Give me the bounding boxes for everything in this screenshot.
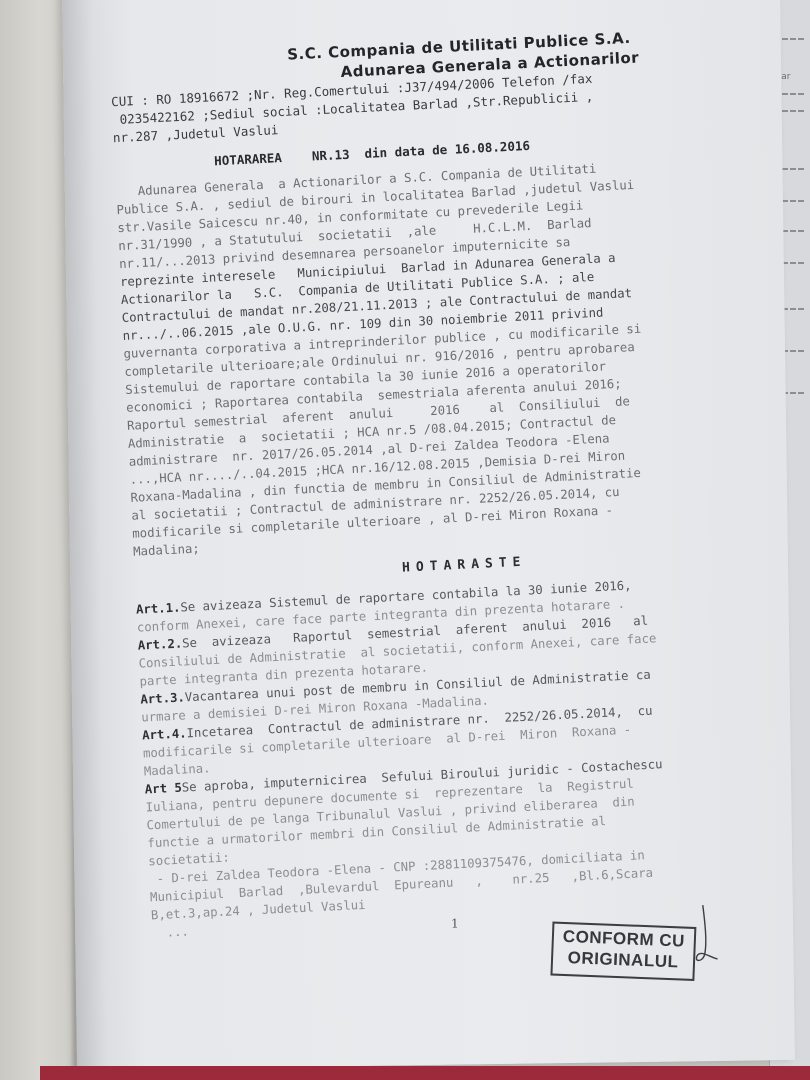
photo-scene: 1 Car S.C. Compania de Utilitati Publice… (0, 0, 810, 1080)
document-page: S.C. Compania de Utilitati Publice S.A. … (62, 0, 795, 1070)
article-label: Art.1. (136, 601, 181, 617)
table-surface (40, 1066, 810, 1080)
preamble: Adunarea Generala a Actionarilor a S.C. … (115, 152, 773, 561)
articles-list: Art.1.Se avizeaza Sistemul de raportare … (136, 569, 792, 942)
stamp-line: ORIGINALUL (553, 947, 694, 973)
article-label: Art.3. (140, 690, 185, 706)
article-label: Art 5 (144, 781, 182, 797)
article-label: Art.4. (142, 726, 187, 742)
page-number: 1 (451, 917, 459, 931)
article-label: Art.2. (137, 636, 182, 652)
document-body: S.C. Compania de Utilitati Publice S.A. … (109, 22, 792, 942)
signature-icon (689, 903, 720, 973)
conform-cu-originalul-stamp: CONFORM CU ORIGINALUL (550, 922, 696, 981)
